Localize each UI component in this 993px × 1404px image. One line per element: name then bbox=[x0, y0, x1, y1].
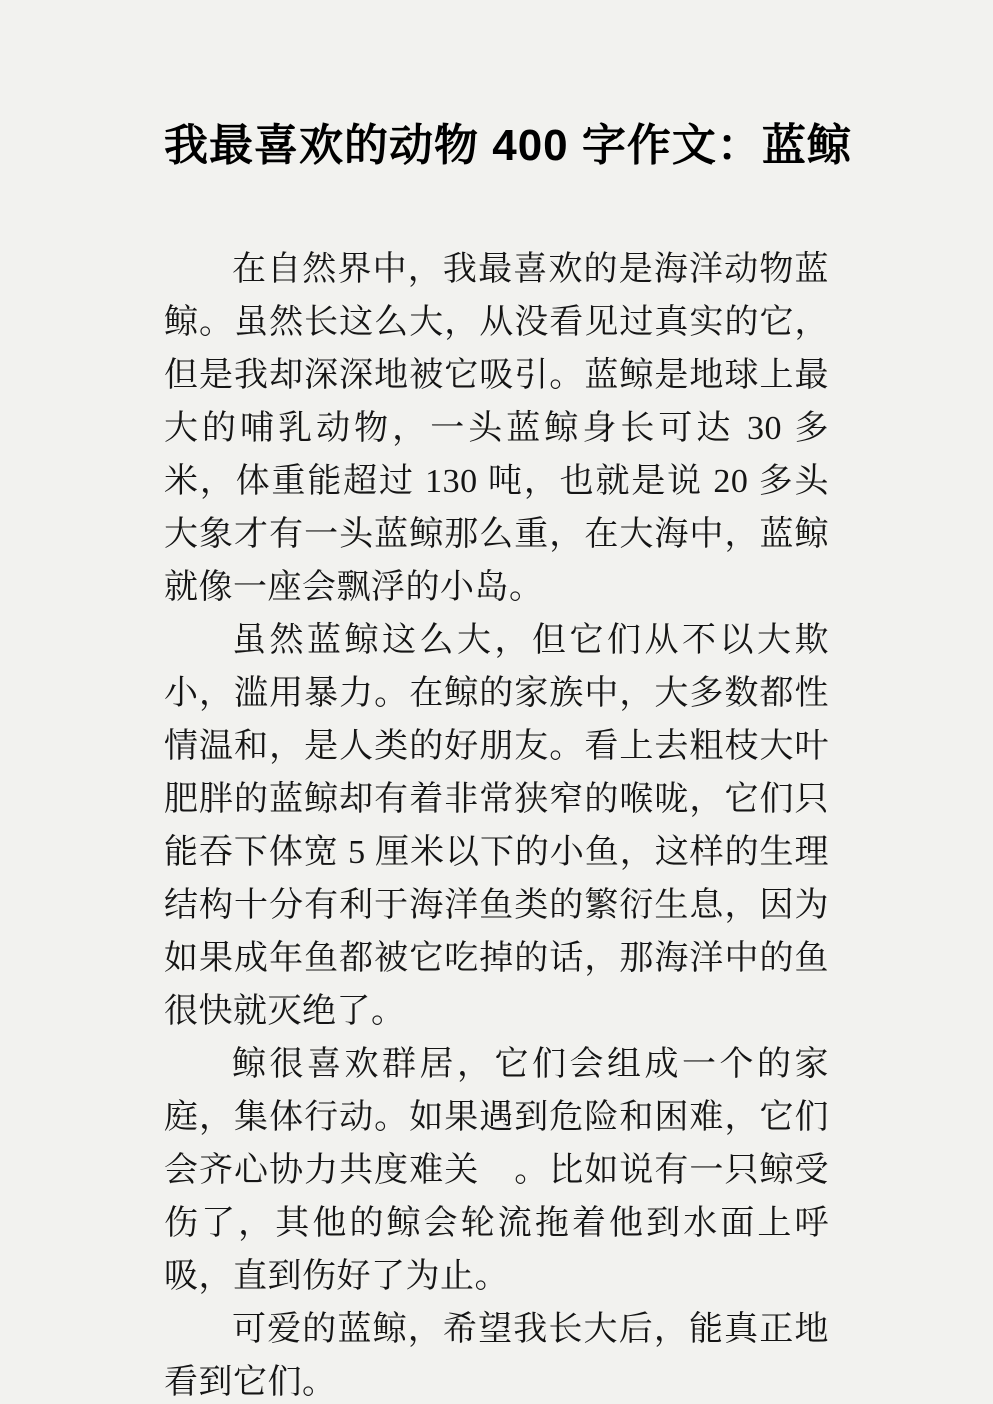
paragraph-2: 虽然蓝鲸这么大，但它们从不以大欺小，滥用暴力。在鲸的家族中，大多数都性情温和，是… bbox=[164, 614, 829, 1038]
paragraph-3: 鲸很喜欢群居，它们会组成一个的家庭，集体行动。如果遇到危险和困难，它们会齐心协力… bbox=[164, 1038, 829, 1303]
document-page: 我最喜欢的动物 400 字作文：蓝鲸 在自然界中，我最喜欢的是海洋动物蓝鲸。虽然… bbox=[0, 0, 993, 1404]
paragraph-4: 可爱的蓝鲸，希望我长大后，能真正地看到它们。 bbox=[164, 1303, 829, 1404]
essay-body: 在自然界中，我最喜欢的是海洋动物蓝鲸。虽然长这么大，从没看见过真实的它，但是我却… bbox=[164, 243, 829, 1404]
page-title: 我最喜欢的动物 400 字作文：蓝鲸 bbox=[164, 118, 829, 174]
paragraph-1: 在自然界中，我最喜欢的是海洋动物蓝鲸。虽然长这么大，从没看见过真实的它，但是我却… bbox=[164, 243, 829, 614]
